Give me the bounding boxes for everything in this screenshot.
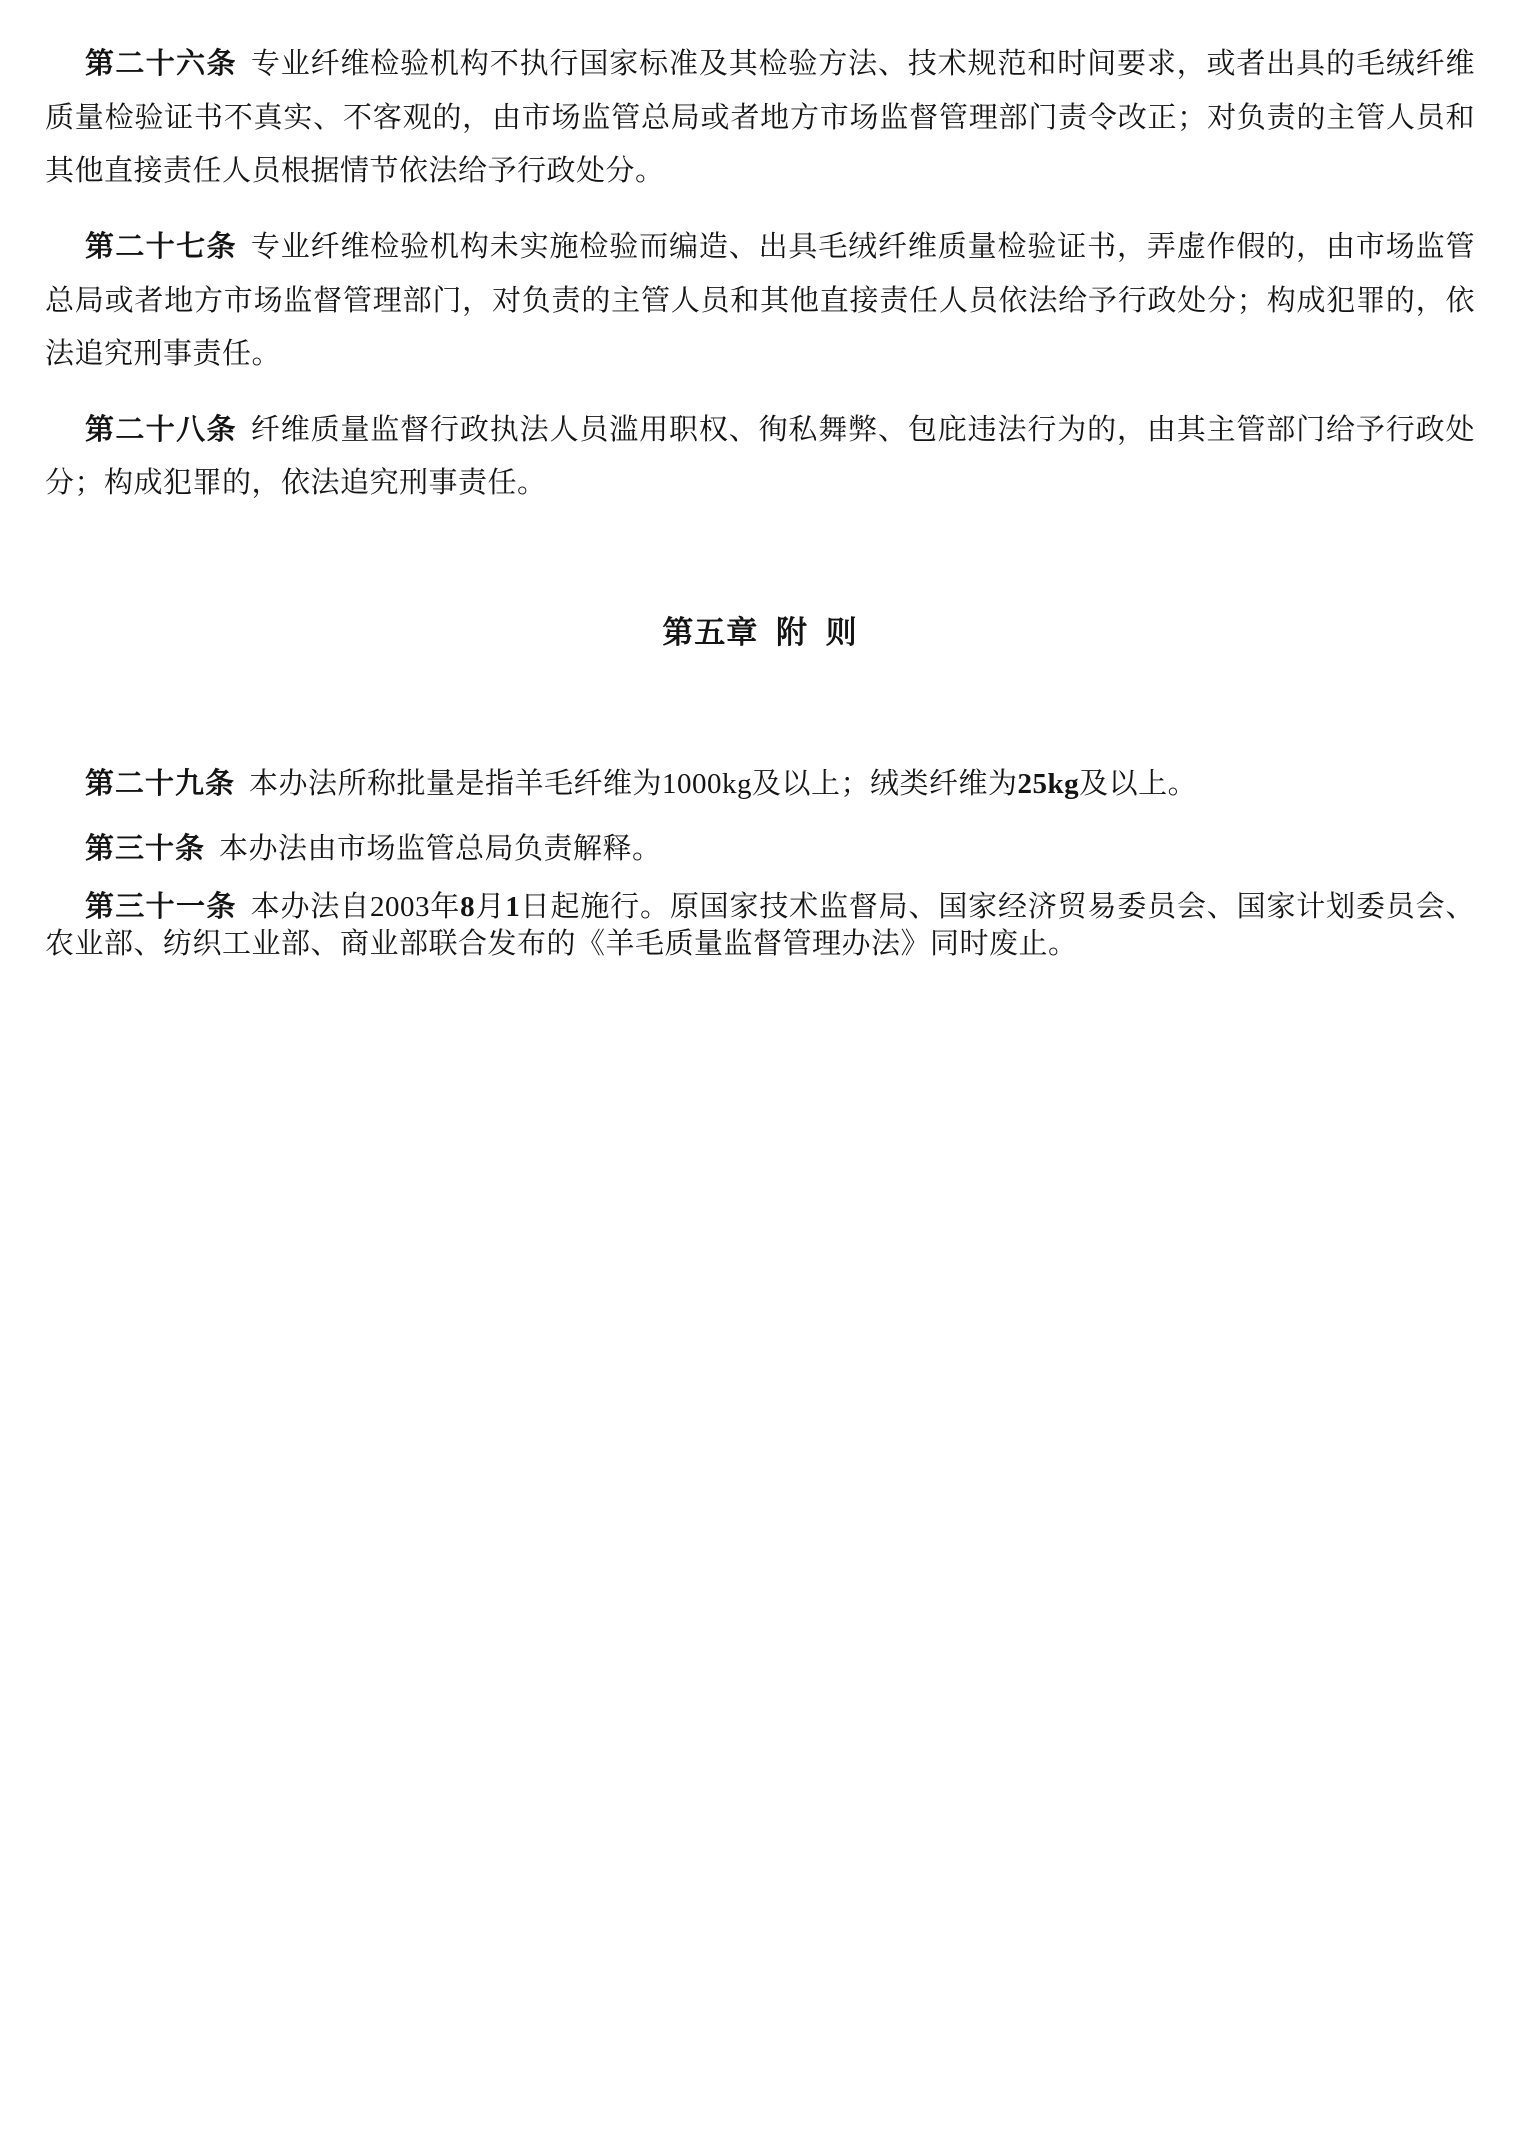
- penalty-articles-section: 第二十六条专业纤维检验机构不执行国家标准及其检验方法、技术规范和时间要求，或者出…: [45, 38, 1475, 511]
- article-body-text: 本办法自2003年: [251, 891, 461, 923]
- article-number: 第二十七条: [85, 231, 237, 263]
- article-paragraph: 第二十九条本办法所称批量是指羊毛纤维为1000kg及以上；绒类纤维为25kg及以…: [45, 758, 1475, 812]
- article-paragraph: 第二十八条纤维质量监督行政执法人员滥用职权、徇私舞弊、包庇违法行为的，由其主管部…: [45, 404, 1475, 511]
- article-number: 第二十六条: [85, 48, 237, 80]
- article-body-text: 专业纤维检验机构未实施检验而编造、出具毛绒纤维质量检验证书，弄虚作假的，由市场监…: [45, 231, 1475, 370]
- article-number: 第二十九条: [85, 768, 235, 800]
- article-paragraph: 第三十一条本办法自2003年8月1日起施行。原国家技术监督局、国家经济贸易委员会…: [45, 889, 1475, 963]
- article-body-text: 本办法所称批量是指羊毛纤维为1000kg及以上；绒类纤维为: [249, 768, 1018, 800]
- article-number: 第三十一条: [85, 891, 237, 923]
- article-body-text-bold: 25kg: [1018, 768, 1080, 800]
- article-body-text: 月: [475, 891, 505, 923]
- article-number: 第二十八条: [85, 414, 237, 446]
- article-body-text-bold: 8: [460, 891, 475, 923]
- article-body-text: 本办法由市场监管总局负责解释。: [219, 833, 662, 865]
- article-body-text: 及以上。: [1079, 768, 1197, 800]
- chapter-heading: 第五章 附 则: [45, 611, 1475, 654]
- article-body-text: 纤维质量监督行政执法人员滥用职权、徇私舞弊、包庇违法行为的，由其主管部门给予行政…: [45, 414, 1475, 500]
- article-paragraph: 第二十七条专业纤维检验机构未实施检验而编造、出具毛绒纤维质量检验证书，弄虚作假的…: [45, 221, 1475, 382]
- article-body-text: 专业纤维检验机构不执行国家标准及其检验方法、技术规范和时间要求，或者出具的毛绒纤…: [45, 48, 1475, 187]
- article-number: 第三十条: [85, 833, 205, 865]
- article-paragraph: 第三十条本办法由市场监管总局负责解释。: [45, 823, 1475, 877]
- article-paragraph: 第二十六条专业纤维检验机构不执行国家标准及其检验方法、技术规范和时间要求，或者出…: [45, 38, 1475, 199]
- document-page: 第二十六条专业纤维检验机构不执行国家标准及其检验方法、技术规范和时间要求，或者出…: [0, 0, 1520, 2150]
- appendix-articles-section: 第二十九条本办法所称批量是指羊毛纤维为1000kg及以上；绒类纤维为25kg及以…: [45, 758, 1475, 964]
- article-body-text-bold: 1: [505, 891, 520, 923]
